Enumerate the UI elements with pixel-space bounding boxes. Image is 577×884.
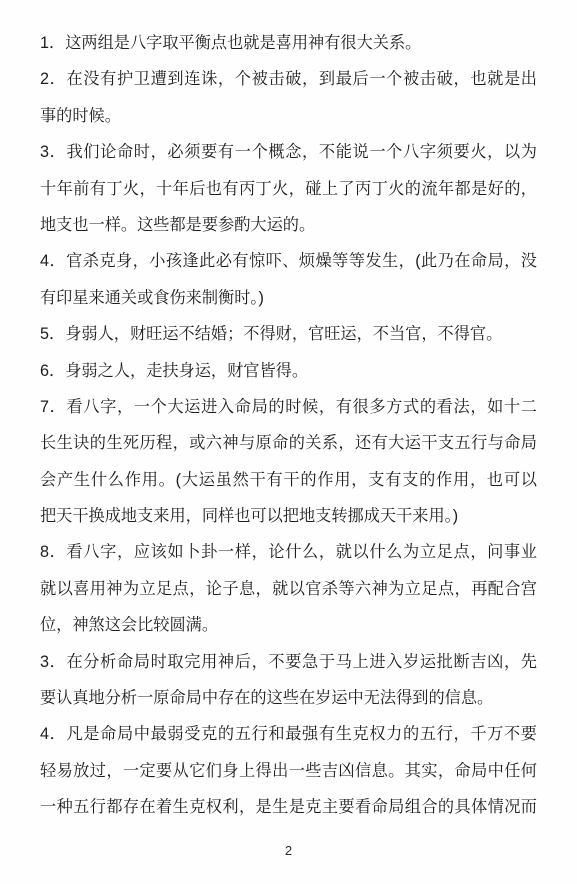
- paragraph-1: 1．这两组是八字取平衡点也就是喜用神有很大关系。: [40, 25, 537, 61]
- text-line: 3．在分析命局时取完用神后，不要急于马上进入岁运批断吉凶，先: [40, 644, 537, 680]
- text-line: 会产生什么作用。(大运虽然干有干的作用，支有支的作用，也可以: [40, 462, 537, 498]
- document-page: 1．这两组是八字取平衡点也就是喜用神有很大关系。 2．在没有护卫遭到连诛，个被击…: [0, 0, 577, 884]
- page-number: 2: [40, 841, 537, 861]
- text-line: 位，神煞这会比较圆满。: [40, 607, 537, 643]
- text-line: 6．身弱之人，走扶身运，财官皆得。: [40, 353, 537, 389]
- text-line: 有印星来通关或食伤来制衡时。): [40, 280, 537, 316]
- paragraph-10: 4．凡是命局中最弱受克的五行和最强有生克权力的五行，千万不要 轻易放过，一定要从…: [40, 716, 537, 825]
- text-line: 2．在没有护卫遭到连诛，个被击破，到最后一个被击破，也就是出: [40, 61, 537, 97]
- text-line: 8．看八字，应该如卜卦一样，论什么，就以什么为立足点，问事业: [40, 534, 537, 570]
- paragraph-9: 3．在分析命局时取完用神后，不要急于马上进入岁运批断吉凶，先 要认真地分析一原命…: [40, 644, 537, 717]
- paragraph-2: 2．在没有护卫遭到连诛，个被击破，到最后一个被击破，也就是出 事的时候。: [40, 61, 537, 134]
- text-line: 轻易放过，一定要从它们身上得出一些吉凶信息。其实，命局中任何: [40, 753, 537, 789]
- text-line: 地支也一样。这些都是要参酌大运的。: [40, 207, 537, 243]
- text-line: 5．身弱人，财旺运不结婚；不得财，官旺运，不当官，不得官。: [40, 316, 537, 352]
- text-line: 4．官杀克身，小孩逢此必有惊吓、烦燥等等发生，(此乃在命局，没: [40, 243, 537, 279]
- paragraph-8: 8．看八字，应该如卜卦一样，论什么，就以什么为立足点，问事业 就以喜用神为立足点…: [40, 534, 537, 643]
- paragraph-4: 4．官杀克身，小孩逢此必有惊吓、烦燥等等发生，(此乃在命局，没 有印星来通关或食…: [40, 243, 537, 316]
- text-line: 要认真地分析一原命局中存在的这些在岁运中无法得到的信息。: [40, 680, 537, 716]
- text-line: 1．这两组是八字取平衡点也就是喜用神有很大关系。: [40, 25, 537, 61]
- paragraph-7: 7．看八字，一个大运进入命局的时候，有很多方式的看法，如十二 长生诀的生死历程，…: [40, 389, 537, 535]
- text-line: 事的时候。: [40, 98, 537, 134]
- text-line: 7．看八字，一个大运进入命局的时候，有很多方式的看法，如十二: [40, 389, 537, 425]
- text-line: 就以喜用神为立足点，论子息，就以官杀等六神为立足点，再配合宫: [40, 571, 537, 607]
- text-line: 十年前有丁火，十年后也有丙丁火，碰上了丙丁火的流年都是好的，: [40, 171, 537, 207]
- text-line: 4．凡是命局中最弱受克的五行和最强有生克权力的五行，千万不要: [40, 716, 537, 752]
- text-line: 把天干换成地支来用，同样也可以把地支转挪成天干来用。): [40, 498, 537, 534]
- text-line: 长生诀的生死历程，或六神与原命的关系，还有大运干支五行与命局: [40, 425, 537, 461]
- paragraph-6: 6．身弱之人，走扶身运，财官皆得。: [40, 353, 537, 389]
- text-line: 一种五行都存在着生克权利，是生是克主要看命局组合的具体情况而: [40, 789, 537, 825]
- text-line: 3．我们论命时，必须要有一个概念，不能说一个八字须要火，以为: [40, 134, 537, 170]
- paragraph-3: 3．我们论命时，必须要有一个概念，不能说一个八字须要火，以为 十年前有丁火，十年…: [40, 134, 537, 243]
- paragraph-5: 5．身弱人，财旺运不结婚；不得财，官旺运，不当官，不得官。: [40, 316, 537, 352]
